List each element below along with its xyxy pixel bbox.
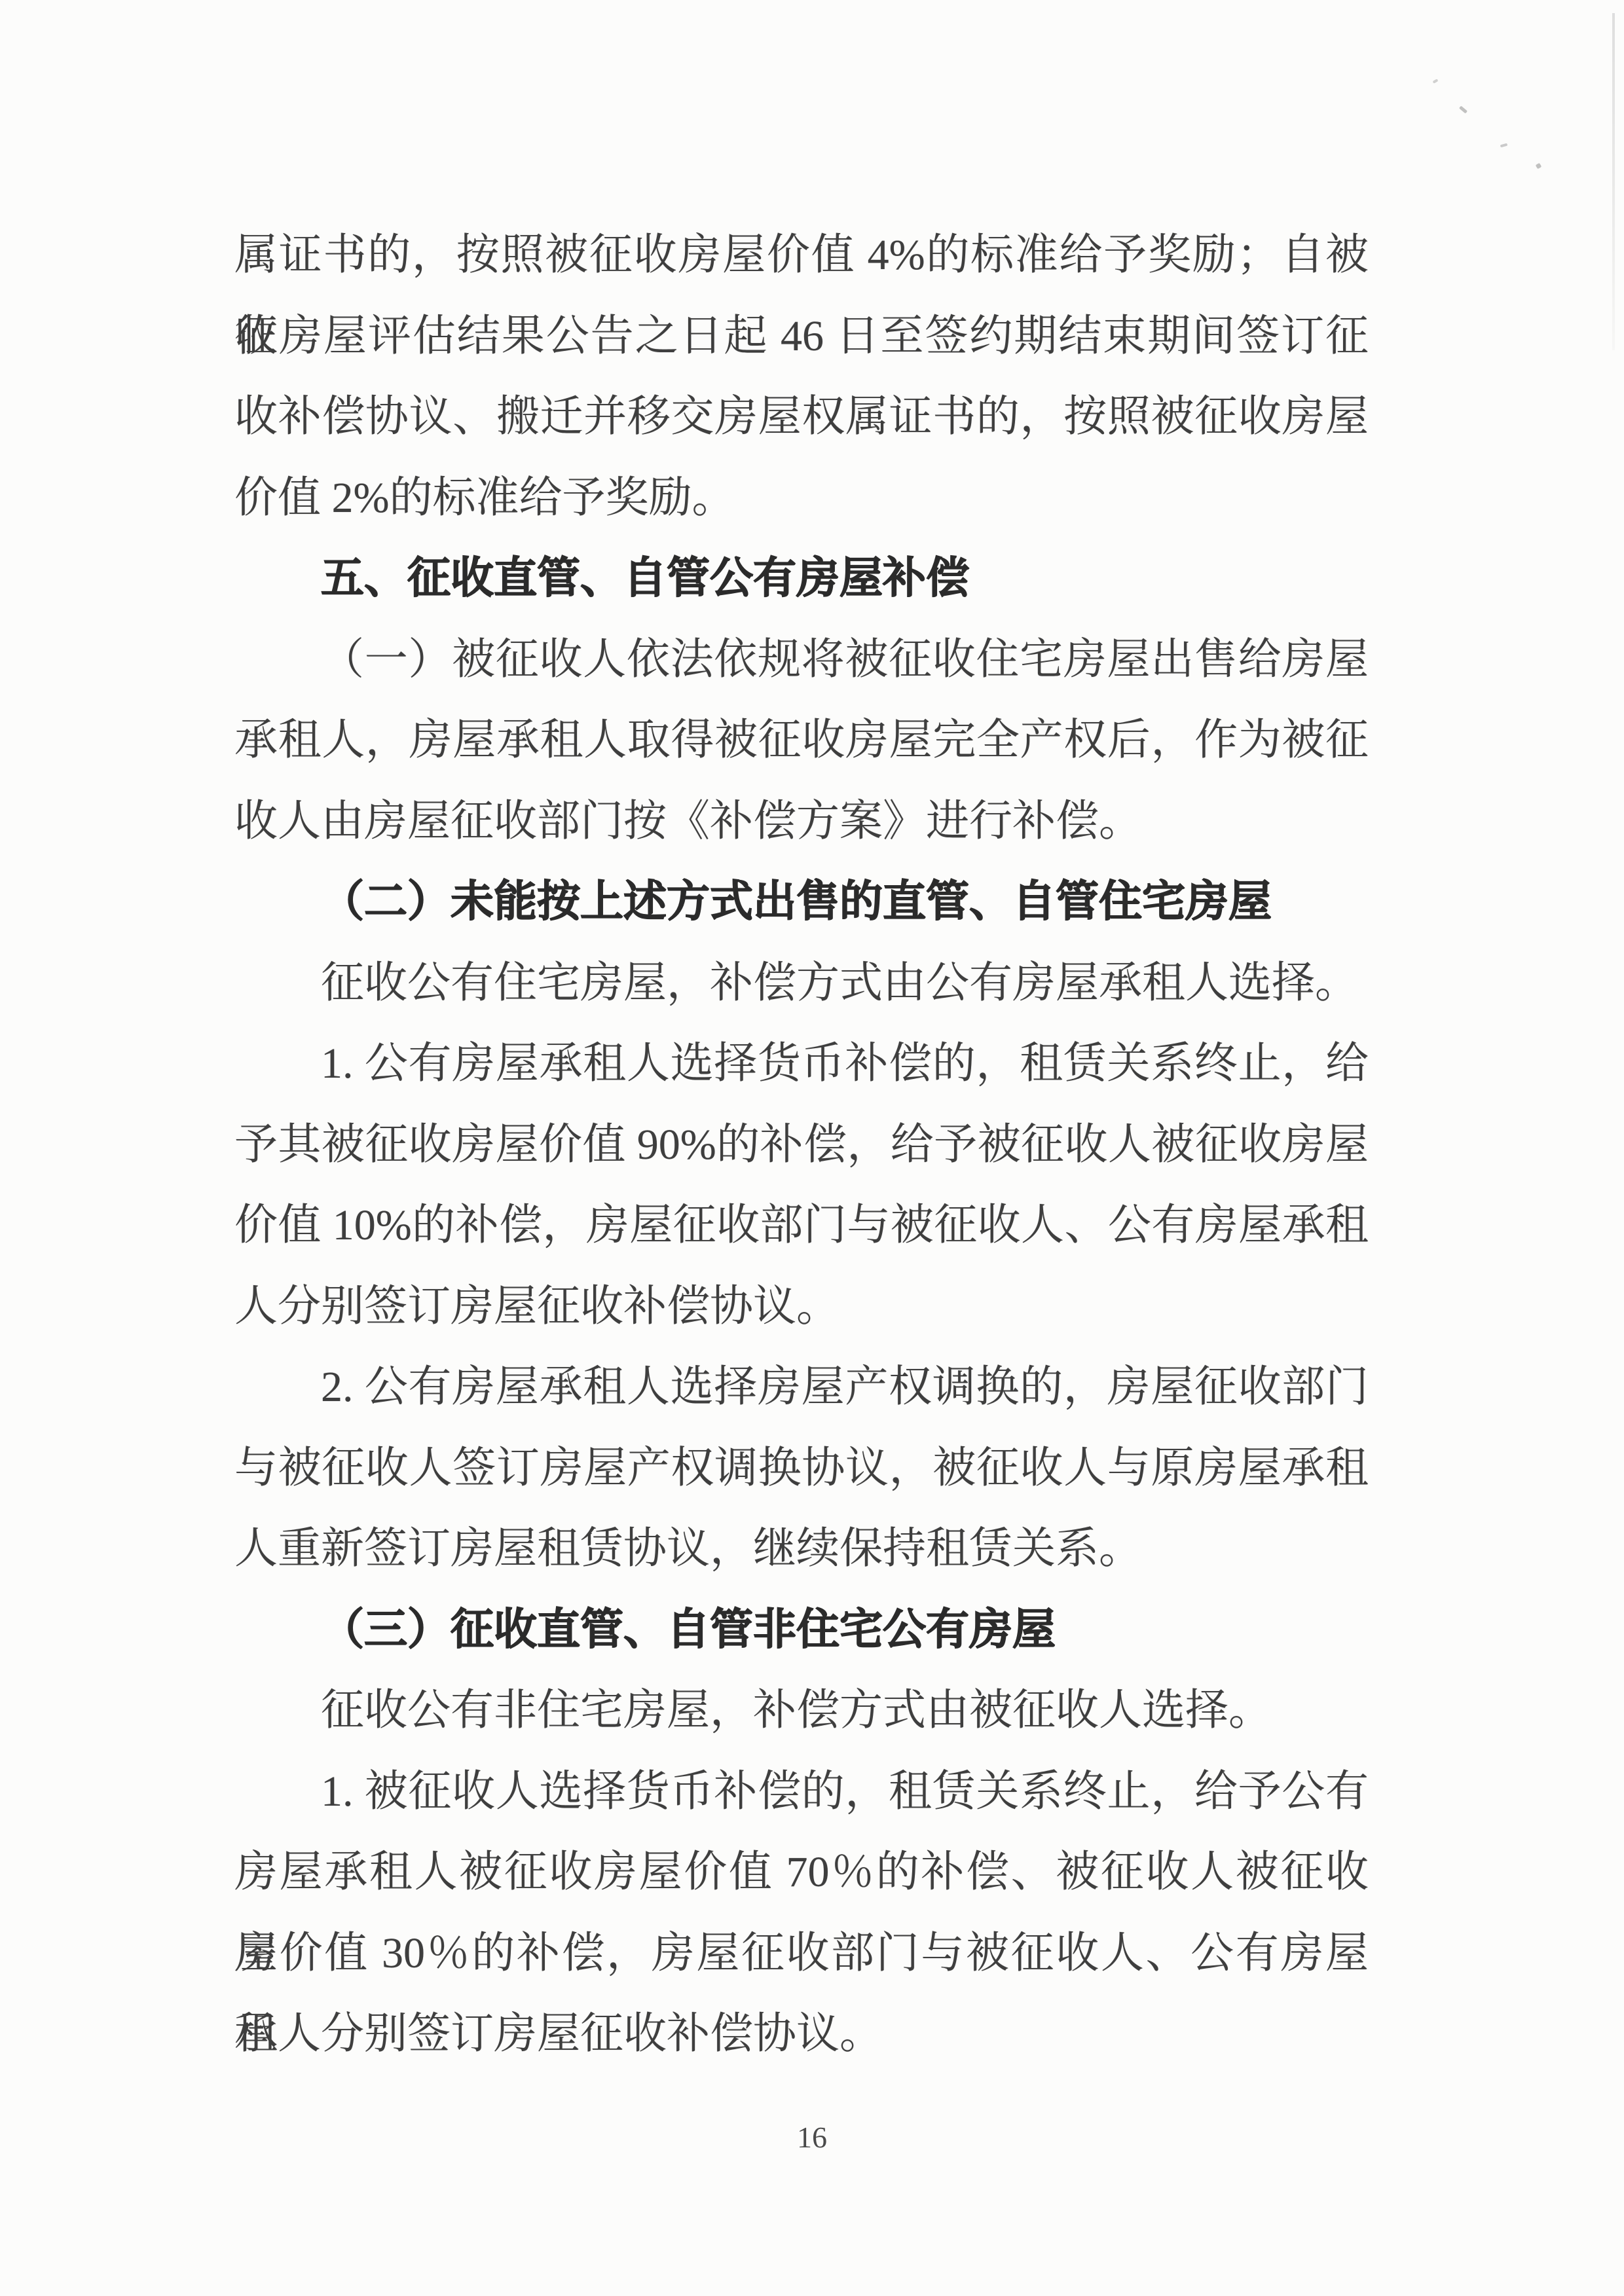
text-line: 价值 2%的标准给予奖励。	[234, 458, 1369, 539]
heading-line: （三）征收直管、自管非住宅公有房屋	[234, 1590, 1369, 1671]
scan-speck	[1536, 163, 1542, 170]
scan-edge-artifact	[1612, 13, 1615, 350]
text-line: 予其被征收房屋价值 90%的补偿，给予被征收人被征收房屋	[234, 1104, 1369, 1186]
text-line: 价值 10%的补偿，房屋征收部门与被征收人、公有房屋承租	[234, 1185, 1369, 1266]
text-line: 与被征收人签订房屋产权调换协议，被征收人与原房屋承租	[234, 1428, 1369, 1509]
text-line: 2. 公有房屋承租人选择房屋产权调换的，房屋征收部门	[234, 1347, 1369, 1428]
text-line: 人分别签订房屋征收补偿协议。	[234, 1266, 1369, 1347]
heading-line: （二）未能按上述方式出售的直管、自管住宅房屋	[234, 862, 1369, 943]
text-line: 房屋承租人被征收房屋价值 70％的补偿、被征收人被征收房	[234, 1832, 1369, 1913]
text-line: 1. 被征收人选择货币补偿的，租赁关系终止，给予公有	[234, 1751, 1369, 1832]
text-line: 收人由房屋征收部门按《补偿方案》进行补偿。	[234, 781, 1369, 862]
page-number: 16	[0, 2120, 1624, 2155]
text-line: 征收公有住宅房屋，补偿方式由公有房屋承租人选择。	[234, 943, 1369, 1024]
text-line: 租人分别签订房屋征收补偿协议。	[234, 1994, 1369, 2075]
text-line: 征收公有非住宅房屋，补偿方式由被征收人选择。	[234, 1670, 1369, 1751]
text-line: 收房屋评估结果公告之日起 46 日至签约期结束期间签订征	[234, 296, 1369, 377]
scan-speck	[1459, 105, 1467, 113]
text-line: （一）被征收人依法依规将被征收住宅房屋出售给房屋	[234, 619, 1369, 701]
text-line: 屋价值 30％的补偿，房屋征收部门与被征收人、公有房屋承	[234, 1913, 1369, 1994]
scan-speck	[1500, 143, 1508, 148]
text-line: 收补偿协议、搬迁并移交房屋权属证书的，按照被征收房屋	[234, 376, 1369, 458]
scan-speck	[1433, 79, 1439, 83]
text-line: 人重新签订房屋租赁协议，继续保持租赁关系。	[234, 1508, 1369, 1590]
document-text-block: 属证书的，按照被征收房屋价值 4%的标准给予奖励；自被征收房屋评估结果公告之日起…	[234, 215, 1369, 2075]
scanned-document-page: 属证书的，按照被征收房屋价值 4%的标准给予奖励；自被征收房屋评估结果公告之日起…	[0, 0, 1624, 2296]
text-line: 1. 公有房屋承租人选择货币补偿的，租赁关系终止，给	[234, 1023, 1369, 1104]
heading-line: 五、征收直管、自管公有房屋补偿	[234, 538, 1369, 619]
text-line: 承租人，房屋承租人取得被征收房屋完全产权后，作为被征	[234, 700, 1369, 781]
text-line: 属证书的，按照被征收房屋价值 4%的标准给予奖励；自被征	[234, 215, 1369, 296]
